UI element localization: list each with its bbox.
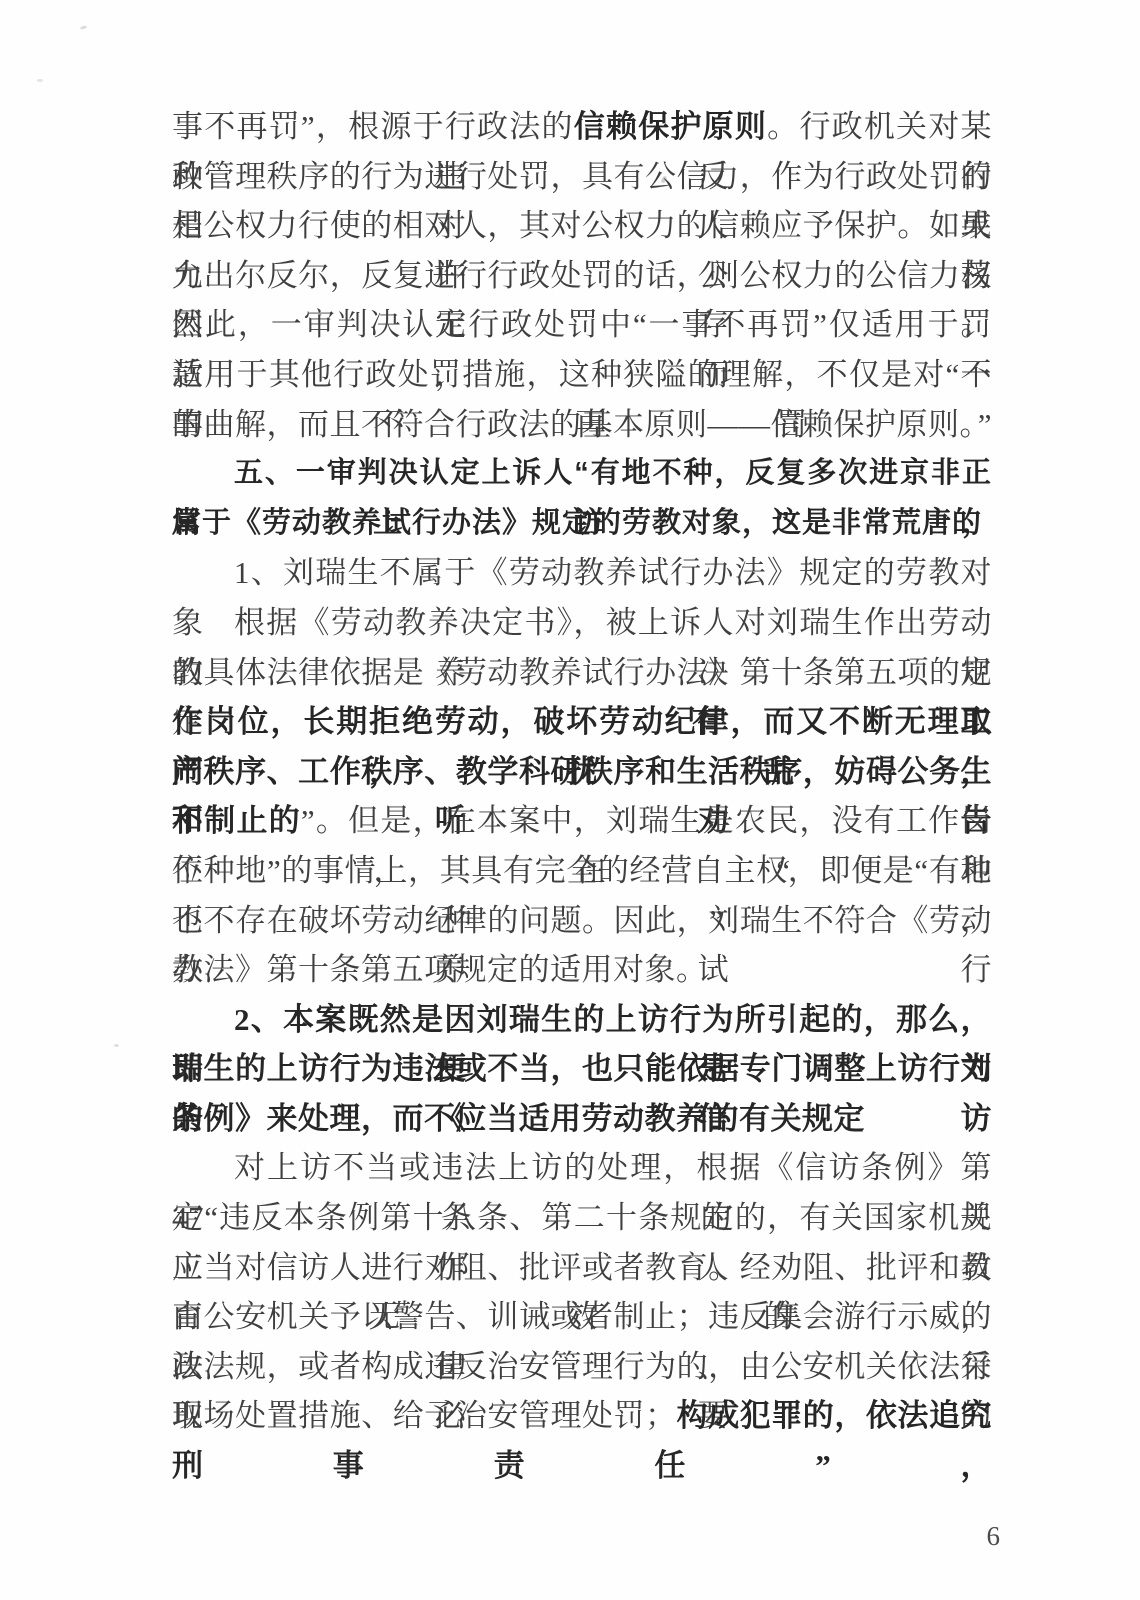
- text-line: 产秩序、工作秩序、教学科研秩序和生活秩序，妨碍公务，不听劝告: [172, 747, 992, 797]
- text-line: 政管理秩序的行为进行处罚，具有公信力，作为行政处罚的相对人或: [172, 152, 992, 202]
- body-text: 的曲解，而且不符合行政法的基本原则——信赖保护原则。: [172, 407, 991, 442]
- scan-speck: [80, 25, 88, 30]
- text-line: 不种地”的事情上，其具有完全的经营自主权，即便是“有地不种”，: [172, 846, 992, 896]
- text-line: 根据《劳动教养决定书》，被上诉人对刘瑞生作出劳动教养决定: [172, 598, 992, 648]
- text-line: 力出尔反尔，反复进行行政处罚的话，则公权力的公信力荡然无存。: [172, 251, 992, 301]
- scan-speck: [114, 1044, 119, 1047]
- text-line: 的具体法律依据是《劳动教养试行办法》第十条第五项的规定“有工: [172, 648, 992, 698]
- text-line: 作岗位，长期拒绝劳动，破坏劳动纪律，而又不断无理取闹，扰乱生: [172, 697, 992, 747]
- text-line: 是公权力行使的相对人，其对公权力的信赖应予保护。如果允许公权: [172, 201, 992, 251]
- text-line: 定“违反本条例第十八条、第二十条规定的，有关国家机关工作人员: [172, 1193, 992, 1243]
- body-text: 现场处置措施、给予治安管理处罚；: [172, 1398, 677, 1433]
- emphasized-text: 属于《劳动教养试行办法》规定的劳教对象，这是非常荒唐的: [172, 507, 982, 539]
- text-line: 瑞生的上访行为违法或不当，也只能依据专门调整上访行为的《信访: [172, 1044, 992, 1094]
- body-text: 办法》第十条第五项规定的适用对象。: [172, 952, 708, 987]
- document-body: 事不再罚”，根源于行政法的信赖保护原则。行政机关对某种违反行政管理秩序的行为进行…: [172, 102, 992, 1441]
- text-line: 由公安机关予以警告、训诫或者制止；违反集会游行示威的法律、行: [172, 1292, 992, 1342]
- scanned-document-page: 事不再罚”，根源于行政法的信赖保护原则。行政机关对某种违反行政管理秩序的行为进行…: [0, 0, 1140, 1600]
- emphasized-text: 条例》来处理，而不应当适用劳动教养的有关规定: [172, 1101, 865, 1136]
- text-line: 现场处置措施、给予治安管理处罚；构成犯罪的，依法追究刑事责任”，: [172, 1391, 992, 1441]
- body-text: 事不再罚”，根源于行政法的: [172, 109, 574, 144]
- emphasized-text: 信赖保护原则: [574, 109, 767, 144]
- text-line: 属于《劳动教养试行办法》规定的劳教对象，这是非常荒唐的: [172, 499, 992, 549]
- text-line: 适用于其他行政处罚措施，这种狭隘的理解，不仅是对“一事不再罚”: [172, 350, 992, 400]
- text-line: 2、本案既然是因刘瑞生的上访行为所引起的，那么，即便是刘: [172, 995, 992, 1045]
- page-number: 6: [987, 1521, 1001, 1552]
- text-line: 的曲解，而且不符合行政法的基本原则——信赖保护原则。: [172, 400, 992, 450]
- emphasized-text: 和制止的: [172, 803, 301, 838]
- text-line: 因此，一审判决认定行政处罚中“一事不再罚”仅适用于罚款，而不: [172, 300, 992, 350]
- text-line: 应当对信访人进行劝阻、批评或者教育。经劝阻、批评和教育无效的，: [172, 1243, 992, 1293]
- text-line: 事不再罚”，根源于行政法的信赖保护原则。行政机关对某种违反行: [172, 102, 992, 152]
- text-line: 政法规，或者构成违反治安管理行为的，由公安机关依法采取必要的: [172, 1342, 992, 1392]
- scan-speck: [37, 79, 43, 82]
- text-line: 对上访不当或违法上访的处理，根据《信访条例》第 47 条的规: [172, 1143, 992, 1193]
- text-line: 和制止的”。但是，在本案中，刘瑞生是农民，没有工作岗位，在“种: [172, 796, 992, 846]
- text-line: 五、一审判决认定上诉人“有地不种，反复多次进京非正常上访”，: [172, 449, 992, 499]
- text-line: 也不存在破坏劳动纪律的问题。因此，刘瑞生不符合《劳动教养试行: [172, 896, 992, 946]
- text-line: 1、刘瑞生不属于《劳动教养试行办法》规定的劳教对象: [172, 548, 992, 598]
